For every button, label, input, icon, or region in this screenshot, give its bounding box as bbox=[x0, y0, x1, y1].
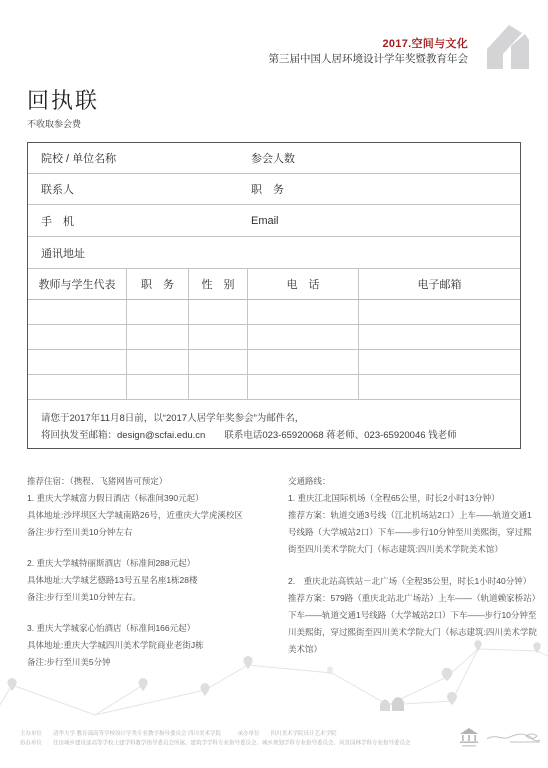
fill-in-cell bbox=[359, 350, 520, 374]
table-row bbox=[28, 325, 520, 350]
fill-in-cell bbox=[127, 300, 189, 324]
transport-section: 交通路线： 1. 重庆江北国际机场（全程65公里，时长2小时13分钟） 推荐方案… bbox=[288, 473, 538, 673]
column-header-phone: 电 话 bbox=[248, 269, 359, 299]
footer-logos bbox=[458, 727, 543, 751]
table-row bbox=[28, 350, 520, 375]
field-label-contact: 联系人 bbox=[41, 181, 74, 197]
event-header: 2017.空间与文化 第三届中国人居环境设计学年奖暨教育年会 bbox=[269, 38, 469, 66]
fill-in-cell bbox=[248, 350, 359, 374]
hotel-item: 1. 重庆大学城富力假日酒店（标准间390元起） 具体地址:沙坪坝区大学城南路2… bbox=[27, 490, 267, 541]
route-title: 1. 重庆江北国际机场（全程65公里，时长2小时13分钟） bbox=[288, 490, 538, 507]
field-label-address: 通讯地址 bbox=[41, 245, 85, 261]
fill-in-cell bbox=[28, 325, 127, 349]
route-item: 1. 重庆江北国际机场（全程65公里，时长2小时13分钟） 推荐方案：轨道交通3… bbox=[288, 490, 538, 558]
column-header-representative: 教师与学生代表 bbox=[28, 269, 127, 299]
fill-in-cell bbox=[248, 300, 359, 324]
campus-sketch-logo-icon bbox=[486, 730, 542, 746]
house-logo-icon bbox=[485, 21, 531, 71]
hotel-name: 3. 重庆大学城家心怡酒店（标准间166元起） bbox=[27, 620, 267, 637]
fill-in-cell bbox=[359, 325, 520, 349]
hotel-note: 备注:步行至川美5分钟 bbox=[27, 654, 267, 671]
registration-table: 院校 / 单位名称 参会人数 联系人 职 务 手 机 Email 通讯地址 教师… bbox=[27, 142, 521, 449]
table-row bbox=[28, 300, 520, 325]
field-label-institution: 院校 / 单位名称 bbox=[41, 150, 116, 166]
field-label-attendee-count: 参会人数 bbox=[251, 150, 295, 166]
hotel-note: 备注:步行至川美10分钟左右 bbox=[27, 524, 267, 541]
accommodation-section: 推荐住宿：（携程、飞猪网皆可预定） 1. 重庆大学城富力假日酒店（标准间390元… bbox=[27, 473, 267, 685]
column-header-email: 电子邮箱 bbox=[359, 269, 520, 299]
fill-in-cell bbox=[28, 300, 127, 324]
fill-in-cell bbox=[127, 375, 189, 399]
event-title: 2017.空间与文化 bbox=[269, 38, 469, 51]
fill-in-cell bbox=[127, 325, 189, 349]
transport-heading: 交通路线： bbox=[288, 473, 538, 490]
fee-note: 不收取参会费 bbox=[27, 117, 81, 130]
event-subtitle: 第三届中国人居环境设计学年奖暨教育年会 bbox=[269, 53, 469, 66]
form-row-address: 通讯地址 bbox=[28, 237, 520, 269]
field-label-email: Email bbox=[251, 215, 279, 227]
hotel-note: 备注:步行至川美10分钟左右。 bbox=[27, 589, 267, 606]
field-label-mobile: 手 机 bbox=[41, 213, 74, 229]
accommodation-heading: 推荐住宿：（携程、飞猪网皆可预定） bbox=[27, 473, 267, 490]
field-label-position: 职 务 bbox=[251, 181, 284, 197]
submission-note: 请您于2017年11月8日前，以“2017人居学年奖参会”为邮件名， 将回执发至… bbox=[28, 400, 520, 444]
fill-in-cell bbox=[28, 375, 127, 399]
fill-in-cell bbox=[189, 325, 248, 349]
hotel-item: 3. 重庆大学城家心怡酒店（标准间166元起） 具体地址:重庆大学城四川美术学院… bbox=[27, 620, 267, 671]
hotel-address: 具体地址:沙坪坝区大学城南路26号，近重庆大学虎溪校区 bbox=[27, 507, 267, 524]
column-header-gender: 性 别 bbox=[189, 269, 248, 299]
submission-note-line2: 将回执发至邮箱：design@scfai.edu.cn 联系电话023-6592… bbox=[41, 427, 507, 444]
form-row-contact: 联系人 职 务 bbox=[28, 174, 520, 205]
fill-in-cell bbox=[127, 350, 189, 374]
column-header-position: 职 务 bbox=[127, 269, 189, 299]
route-title: 2. 重庆北站高铁站－北广场（全程35公里，时长1小时40分钟） bbox=[288, 573, 538, 590]
fill-in-cell bbox=[248, 325, 359, 349]
form-row-mobile: 手 机 Email bbox=[28, 205, 520, 237]
hotel-address: 具体地址:重庆大学城四川美术学院商业老街J栋 bbox=[27, 637, 267, 654]
hotel-item: 2. 重庆大学城特丽斯酒店（标准间288元起） 具体地址:大学城艺德路13号五星… bbox=[27, 555, 267, 606]
fill-in-cell bbox=[248, 375, 359, 399]
route-detail: 推荐方案：579路（重庆北站北广场站）上车——（轨道赖家桥站）下车——轨道交通1… bbox=[288, 590, 538, 658]
table-row bbox=[28, 375, 520, 400]
fill-in-cell bbox=[189, 375, 248, 399]
fill-in-cell bbox=[359, 375, 520, 399]
submission-note-line1: 请您于2017年11月8日前，以“2017人居学年奖参会”为邮件名， bbox=[41, 410, 507, 427]
form-row-institution: 院校 / 单位名称 参会人数 bbox=[28, 143, 520, 174]
route-detail: 推荐方案：轨道交通3号线（江北机场站2口）上车——轨道交通1号线路（大学城站2口… bbox=[288, 507, 538, 558]
fill-in-cell bbox=[28, 350, 127, 374]
fill-in-cell bbox=[189, 300, 248, 324]
hotel-address: 具体地址:大学城艺德路13号五星名座1栋28楼 bbox=[27, 572, 267, 589]
fill-in-cell bbox=[189, 350, 248, 374]
hotel-name: 2. 重庆大学城特丽斯酒店（标准间288元起） bbox=[27, 555, 267, 572]
registration-form-page: 2017.空间与文化 第三届中国人居环境设计学年奖暨教育年会 回执联 不收取参会… bbox=[0, 0, 548, 768]
scfai-pavilion-logo-icon bbox=[458, 727, 480, 749]
page-title: 回执联 bbox=[27, 84, 99, 115]
table-header-row: 教师与学生代表 职 务 性 别 电 话 电子邮箱 bbox=[28, 269, 520, 300]
route-item: 2. 重庆北站高铁站－北广场（全程35公里，时长1小时40分钟） 推荐方案：57… bbox=[288, 573, 538, 658]
fill-in-cell bbox=[359, 300, 520, 324]
hotel-name: 1. 重庆大学城富力假日酒店（标准间390元起） bbox=[27, 490, 267, 507]
